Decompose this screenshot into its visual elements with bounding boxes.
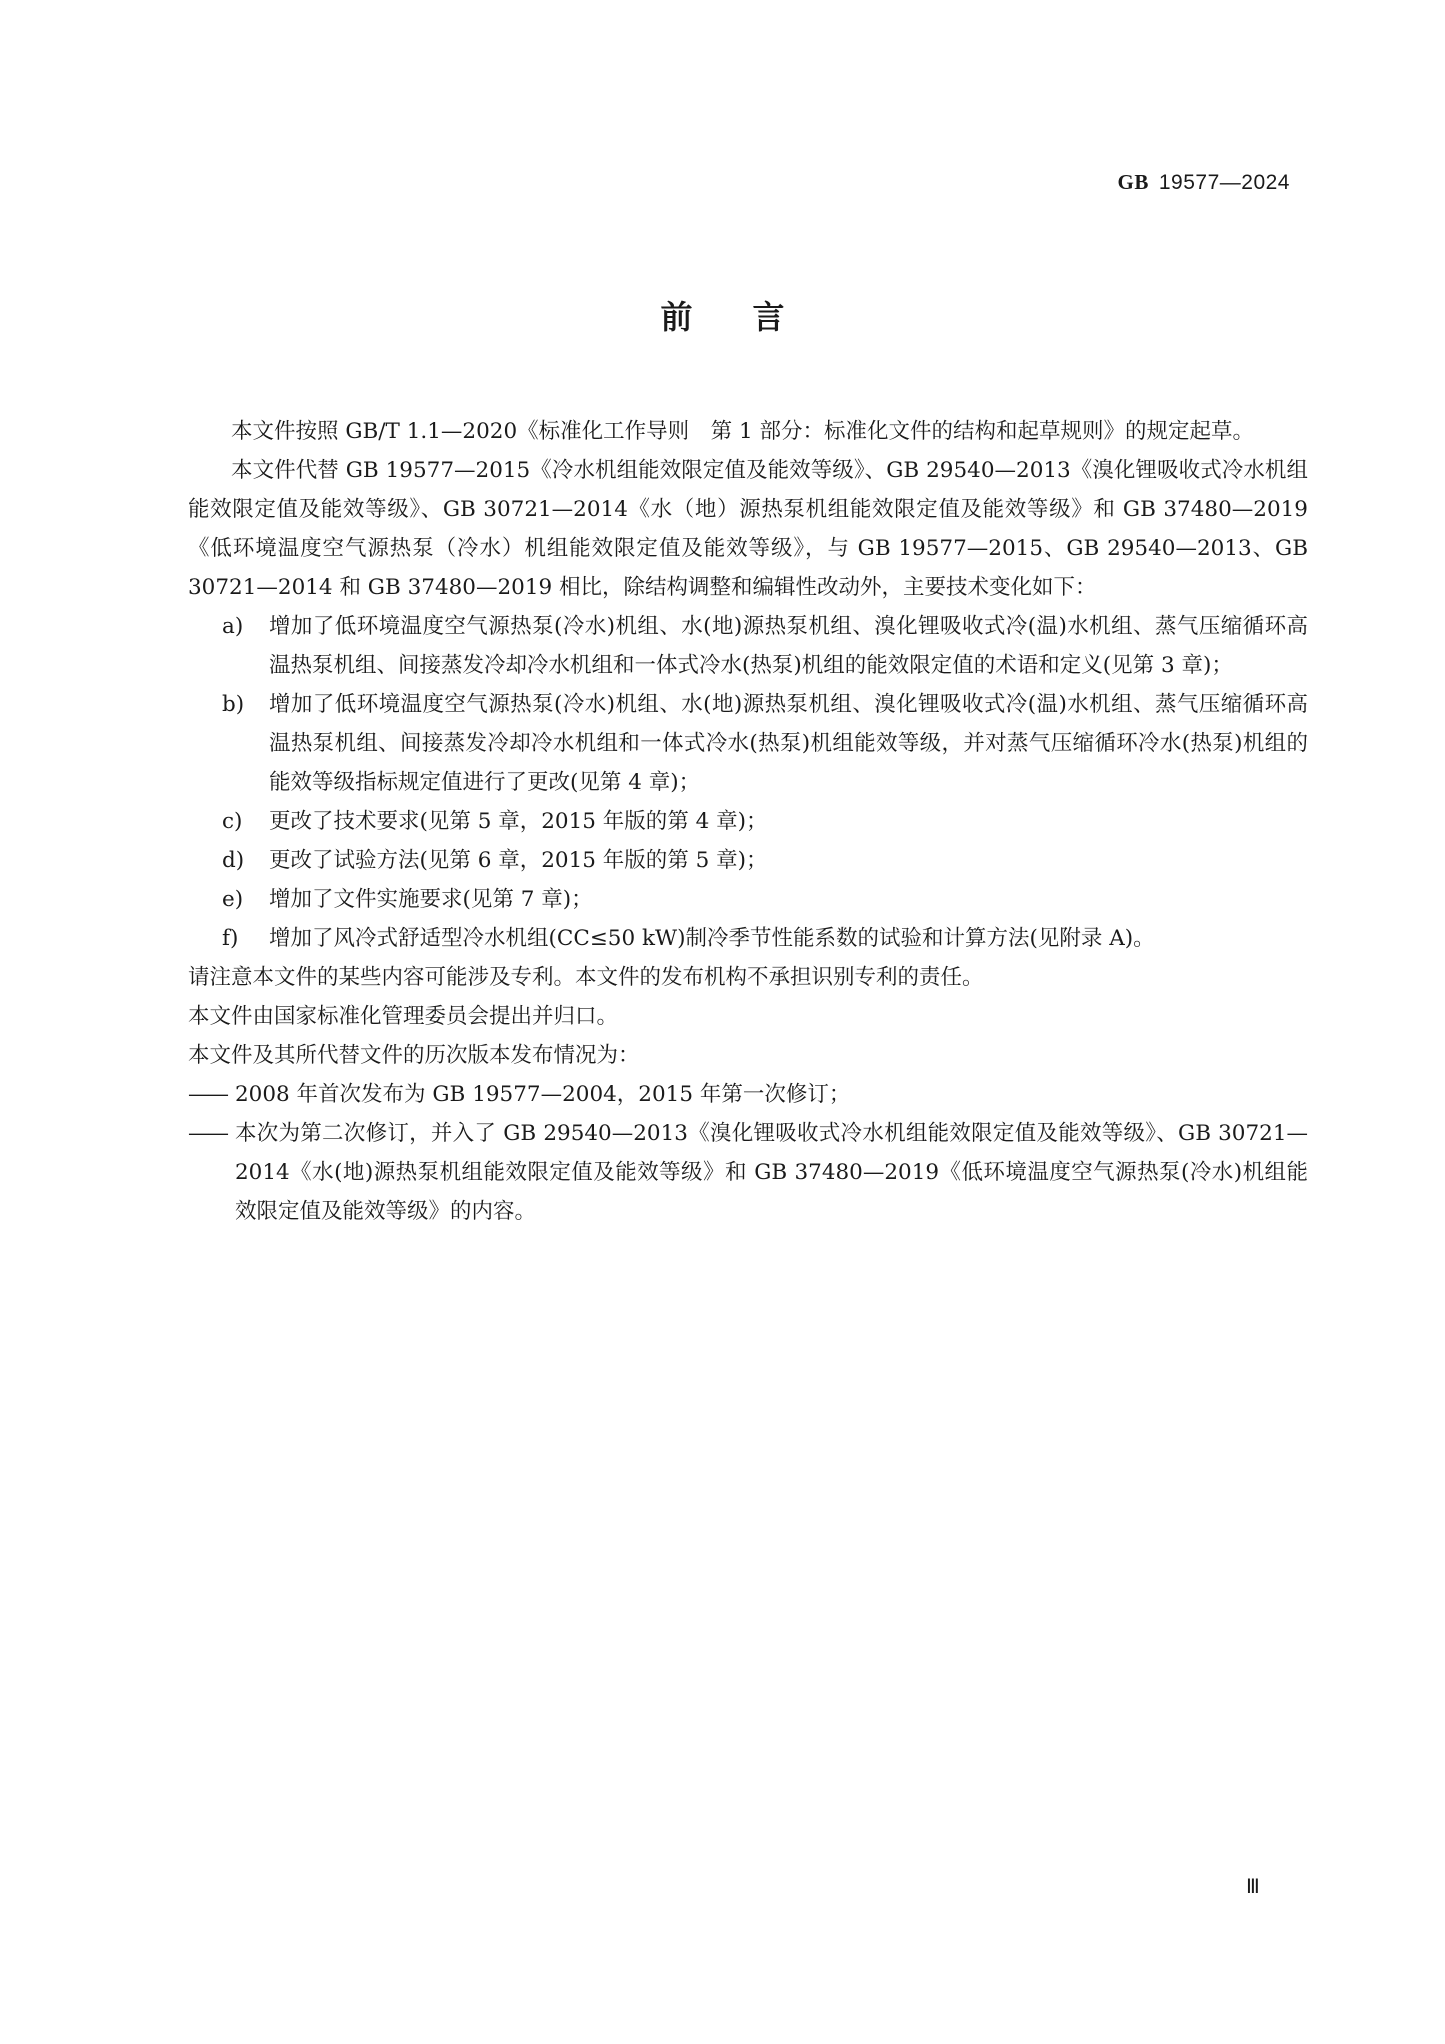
page-title: 前言 [0, 292, 1445, 338]
list-marker: a) [222, 607, 269, 685]
dash-marker: —— [188, 1075, 235, 1114]
list-marker: c) [222, 802, 269, 841]
list-text: 本次为第二次修订，并入了 GB 29540—2013《溴化锂吸收式冷水机组能效限… [235, 1114, 1308, 1231]
standard-number: 19577—2024 [1159, 171, 1290, 194]
list-marker: d) [222, 841, 269, 880]
list-text: 增加了文件实施要求(见第 7 章)； [269, 880, 1308, 919]
technical-changes-list: a) 增加了低环境温度空气源热泵(冷水)机组、水(地)源热泵机组、溴化锂吸收式冷… [188, 607, 1308, 958]
document-body: 本文件按照 GB/T 1.1—2020《标准化工作导则 第 1 部分：标准化文件… [188, 412, 1308, 1231]
list-item: b) 增加了低环境温度空气源热泵(冷水)机组、水(地)源热泵机组、溴化锂吸收式冷… [188, 685, 1308, 802]
list-marker: b) [222, 685, 269, 802]
page-number: Ⅲ [1246, 1874, 1260, 1899]
standard-prefix: GB [1118, 170, 1149, 194]
list-item: e) 增加了文件实施要求(见第 7 章)； [188, 880, 1308, 919]
list-text: 增加了低环境温度空气源热泵(冷水)机组、水(地)源热泵机组、溴化锂吸收式冷(温)… [269, 607, 1308, 685]
history-intro: 本文件及其所代替文件的历次版本发布情况为： [188, 1036, 1308, 1075]
list-text: 增加了低环境温度空气源热泵(冷水)机组、水(地)源热泵机组、溴化锂吸收式冷(温)… [269, 685, 1308, 802]
list-item: a) 增加了低环境温度空气源热泵(冷水)机组、水(地)源热泵机组、溴化锂吸收式冷… [188, 607, 1308, 685]
standard-code-header: GB19577—2024 [1118, 170, 1290, 195]
list-text: 2008 年首次发布为 GB 19577—2004，2015 年第一次修订； [235, 1075, 1308, 1114]
list-marker: e) [222, 880, 269, 919]
list-item: —— 本次为第二次修订，并入了 GB 29540—2013《溴化锂吸收式冷水机组… [188, 1114, 1308, 1231]
proposer-statement: 本文件由国家标准化管理委员会提出并归口。 [188, 997, 1308, 1036]
list-text: 更改了技术要求(见第 5 章，2015 年版的第 4 章)； [269, 802, 1308, 841]
list-text: 更改了试验方法(见第 6 章，2015 年版的第 5 章)； [269, 841, 1308, 880]
list-item: d) 更改了试验方法(见第 6 章，2015 年版的第 5 章)； [188, 841, 1308, 880]
version-history-list: —— 2008 年首次发布为 GB 19577—2004，2015 年第一次修订… [188, 1075, 1308, 1231]
replacement-paragraph: 本文件代替 GB 19577—2015《冷水机组能效限定值及能效等级》、GB 2… [188, 451, 1308, 607]
patent-notice: 请注意本文件的某些内容可能涉及专利。本文件的发布机构不承担识别专利的责任。 [188, 958, 1308, 997]
list-marker: f) [222, 919, 269, 958]
list-item: —— 2008 年首次发布为 GB 19577—2004，2015 年第一次修订… [188, 1075, 1308, 1114]
list-text: 增加了风冷式舒适型冷水机组(CC≤50 kW)制冷季节性能系数的试验和计算方法(… [269, 919, 1308, 958]
dash-marker: —— [188, 1114, 235, 1231]
list-item: c) 更改了技术要求(见第 5 章，2015 年版的第 4 章)； [188, 802, 1308, 841]
drafting-rules-paragraph: 本文件按照 GB/T 1.1—2020《标准化工作导则 第 1 部分：标准化文件… [188, 412, 1308, 451]
list-item: f) 增加了风冷式舒适型冷水机组(CC≤50 kW)制冷季节性能系数的试验和计算… [188, 919, 1308, 958]
